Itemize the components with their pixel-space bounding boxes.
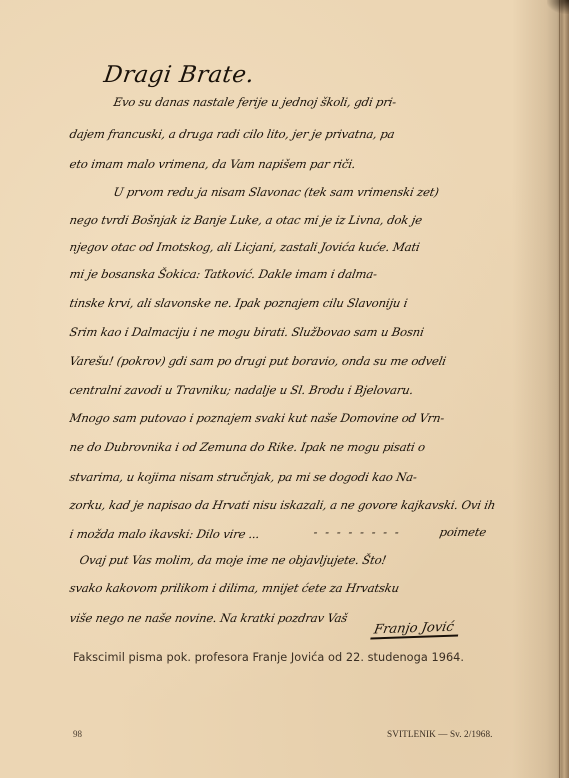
letter-line: i možda malo ikavski: Dilo vire ... <box>68 524 312 544</box>
publication-footer: SVITLENIK — Sv. 2/1968. <box>387 729 493 739</box>
letter-line: nego tvrdi Bošnjak iz Banje Luke, a otac… <box>68 210 504 230</box>
letter-line: ne do Dubrovnika i od Zemuna do Rike. Ip… <box>68 437 504 457</box>
letter-signature: Franjo Jović <box>370 620 461 639</box>
letter-line: svako kakovom prilikom i dilima, mnijet … <box>68 578 504 598</box>
facsimile-caption: Fakscimil pisma pok. profesora Franje Jo… <box>73 651 503 664</box>
letter-line: Srim kao i Dalmaciju i ne mogu birati. S… <box>68 322 504 342</box>
page-corner-shadow <box>547 0 569 14</box>
letter-line: Ovaj put Vas molim, da moje ime ne objav… <box>68 550 504 570</box>
page-number: 98 <box>73 729 82 739</box>
letter-line: eto imam malo vrimena, da Vam napišem pa… <box>68 154 504 174</box>
letter-salutation: Dragi Brate. <box>102 62 256 88</box>
letter-line: Mnogo sam putovao i poznajem svaki kut n… <box>68 408 504 428</box>
letter-line: Evo su danas nastale ferije u jednoj ško… <box>68 92 504 112</box>
letter-line: U prvom redu ja nisam Slavonac (tek sam … <box>68 182 504 202</box>
page-fold-line <box>559 0 560 778</box>
letter-line: zorku, kad je napisao da Hrvati nisu isk… <box>68 495 504 515</box>
letter-line: Varešu! (pokrov) gdi sam po drugi put bo… <box>68 351 504 371</box>
letter-line: centralni zavodi u Travniku; nadalje u S… <box>68 380 504 400</box>
letter-line: mi je bosanska Šokica: Tatković. Dakle i… <box>68 264 504 284</box>
letter-line: stvarima, u kojima nisam stručnjak, pa m… <box>68 467 504 487</box>
letter-line: poimete <box>438 522 504 542</box>
letter-line: njegov otac od Imotskog, ali Licjani, za… <box>68 237 504 257</box>
letter-line: dajem francuski, a druga radi cilo lito,… <box>68 124 504 144</box>
letter-dashes: - - - - - - - - <box>312 522 436 542</box>
letter-line: tinske krvi, ali slavonske ne. Ipak pozn… <box>68 293 504 313</box>
